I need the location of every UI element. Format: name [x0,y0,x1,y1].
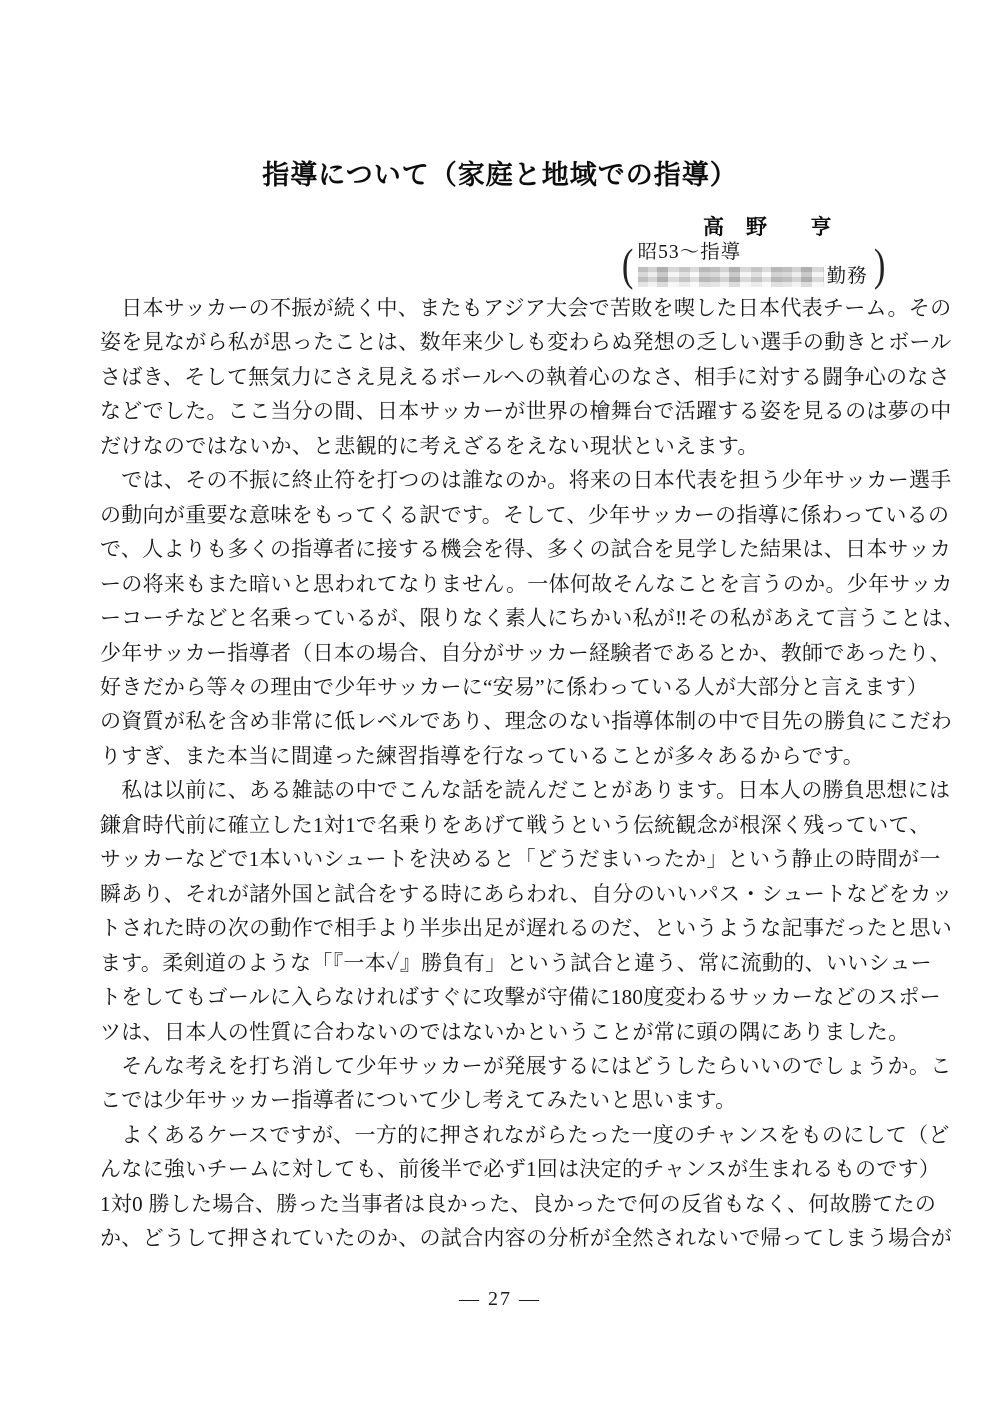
body-line: トをしてもゴールに入らなければすぐに攻撃が守備に180度変わるサッカーなどのスポ… [100,980,900,1014]
body-line: で、人よりも多くの指導者に接する機会を得、多くの試合を見学した結果は、日本サッカ [100,532,900,566]
body-line: ツは、日本人の性質に合わないのではないかということが常に頭の隅にありました。 [100,1015,900,1049]
body-line: 姿を見ながら私が思ったことは、数年来少しも変わらぬ発想の乏しい選手の動きとボール [100,325,900,359]
body-line: ーの将来もまた暗いと思われてなりません。一体何故そんなことを言うのか。少年サッカ [100,567,900,601]
affiliation-lines: 昭53～指導 勤務 [638,241,868,289]
redaction-mosaic [638,267,824,287]
page-number: — 27 — [0,1288,1000,1311]
body-line: んなに強いチームに対しても、前後半で必ず1回は決定的チャンスが生まれるものです） [100,1152,900,1186]
body-line: ーコーチなどと名乗っているが、限りなく素人にちかい私が‼その私があえて言うことは… [100,601,900,635]
body-line: トされた時の次の動作で相手より半歩出足が遅れるのだ、というような記事だったと思い [100,911,900,945]
body-line: ます。柔剣道のような「『一本✓』勝負有」という試合と違う、常に流動的、いいシュー [100,946,900,980]
body-line: だけなのではないか、と悲観的に考えざるをえない現状といえます。 [100,429,900,463]
body-line: 瞬あり、それが諸外国と試合をする時にあらわれ、自分のいいパス・シュートなどをカッ [100,877,900,911]
body-line: サッカーなどで1本いいシュートを決めると「どうだまいったか」という静止の時間が一 [100,842,900,876]
body-line: よくあるケースですが、一方的に押されながらたった一度のチャンスをものにして（ど [100,1118,900,1152]
affiliation-line1: 昭53～指導 [638,241,868,265]
author-affiliation: ( 昭53～指導 勤務 ) [620,241,887,289]
body-line: 日本サッカーの不振が続く中、またもアジア大会で苦敗を喫した日本代表チーム。その [100,291,900,325]
body-line: 好きだから等々の理由で少年サッカーに“安易”に係わっている人が大部分と言えます） [100,670,900,704]
body-line: などでした。ここ当分の間、日本サッカーが世界の檜舞台で活躍する姿を見るのは夢の中 [100,394,900,428]
body-text: 日本サッカーの不振が続く中、またもアジア大会で苦敗を喫した日本代表チーム。その姿… [100,291,900,1256]
body-line: りすぎ、また本当に間違った練習指導を行なっていることが多々あるからです。 [100,739,900,773]
affiliation-paren-close: ) [874,242,885,288]
body-line: の動向が重要な意味をもってくる訳です。そして、少年サッカーの指導に係わっているの [100,498,900,532]
body-line: さばき、そして無気力にさえ見えるボールへの執着心のなさ、相手に対する闘争心のなさ [100,360,900,394]
affiliation-line2-suffix: 勤務 [827,265,868,289]
body-line: 私は以前に、ある雑誌の中でこんな話を読んだことがあります。日本人の勝負思想には [100,773,900,807]
body-line: の資質が私を含め非常に低レベルであり、理念のない指導体制の中で目先の勝負にこだわ [100,704,900,738]
body-line: 1対0 勝した場合、勝った当事者は良かった、良かったで何の反省もなく、何故勝てた… [100,1187,900,1221]
scanned-document-page: 指導について（家庭と地域での指導） 高 野 亨 ( 昭53～指導 勤務 ) 日本… [0,0,1000,1413]
body-line: こでは少年サッカー指導者について少し考えてみたいと思います。 [100,1083,900,1117]
page-title: 指導について（家庭と地域での指導） [0,153,1000,192]
body-line: 鎌倉時代前に確立した1対1で名乗りをあげて戦うという伝統観念が根深く残っていて、 [100,808,900,842]
affiliation-line2: 勤務 [638,265,868,289]
body-line: 少年サッカー指導者（日本の場合、自分がサッカー経験者であるとか、教師であったり、 [100,636,900,670]
body-line: か、どうして押されていたのか、の試合内容の分析が全然されないで帰ってしまう場合が [100,1221,900,1255]
author-name: 高 野 亨 [703,211,832,241]
affiliation-paren-open: ( [622,242,633,288]
body-line: そんな考えを打ち消して少年サッカーが発展するにはどうしたらいいのでしょうか。こ [100,1049,900,1083]
body-line: では、その不振に終止符を打つのは誰なのか。将来の日本代表を担う少年サッカー選手 [100,463,900,497]
